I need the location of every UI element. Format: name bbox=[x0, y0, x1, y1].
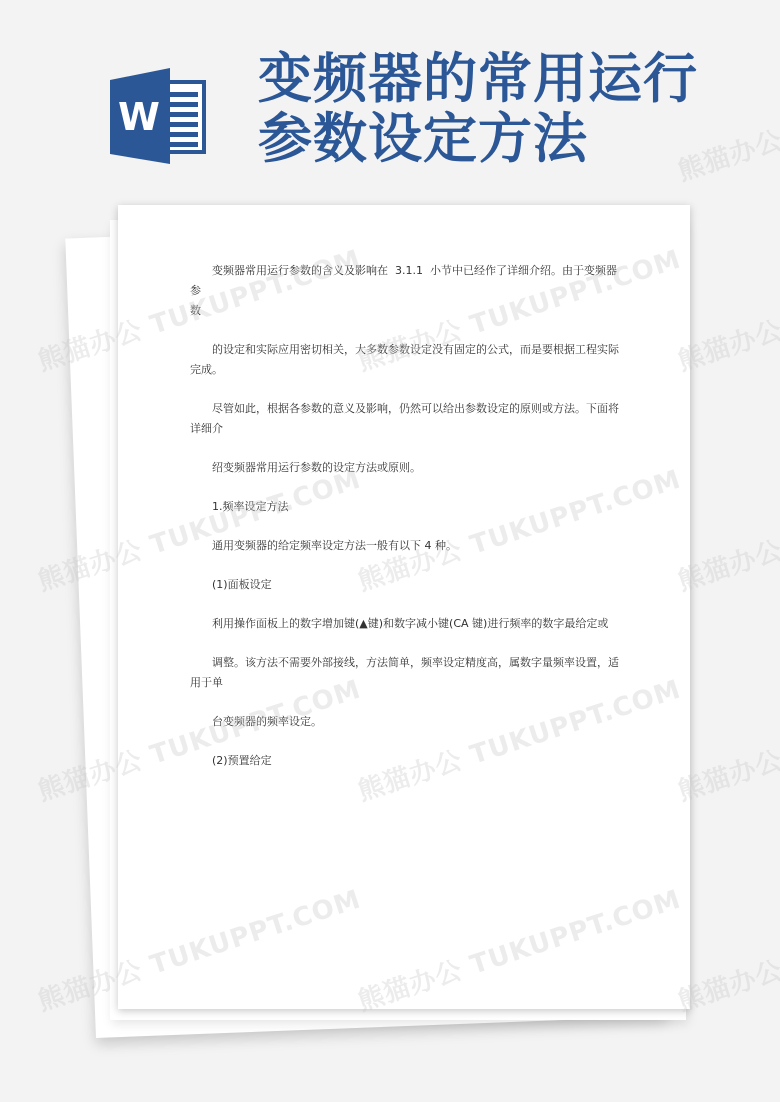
paragraph: 利用操作面板上的数字增加键(▲键)和数字减小键(CA 键)进行频率的数字最给定或 bbox=[190, 614, 620, 634]
subsection-heading: (1)面板设定 bbox=[190, 575, 620, 595]
paragraph-continuation: 数 bbox=[190, 301, 620, 321]
title-line-2: 参数设定方法 bbox=[258, 108, 698, 168]
paragraph-continuation: 详细介 bbox=[190, 419, 620, 439]
title-line-1: 变频器的常用运行 bbox=[258, 48, 698, 108]
paragraph: 变频器常用运行参数的含义及影响在 3.1.1 小节中已经作了详细介绍。由于变频器… bbox=[190, 261, 620, 301]
page-title: 变频器的常用运行 参数设定方法 bbox=[258, 48, 698, 168]
subsection-heading: (2)预置给定 bbox=[190, 751, 620, 771]
document-body: 变频器常用运行参数的含义及影响在 3.1.1 小节中已经作了详细介绍。由于变频器… bbox=[190, 261, 620, 790]
paragraph: 绍变频器常用运行参数的设定方法或原则。 bbox=[190, 458, 620, 478]
paragraph: 台变频器的频率设定。 bbox=[190, 712, 620, 732]
document-page: 变频器常用运行参数的含义及影响在 3.1.1 小节中已经作了详细介绍。由于变频器… bbox=[118, 205, 690, 1009]
svg-text:W: W bbox=[118, 95, 160, 139]
paragraph: 通用变频器的给定频率设定方法一般有以下 4 种。 bbox=[190, 536, 620, 556]
paragraph: 调整。该方法不需要外部接线，方法简单，频率设定精度高，属数字量频率设置，适 bbox=[190, 653, 620, 673]
header: W 变频器的常用运行 参数设定方法 bbox=[0, 0, 780, 190]
section-heading: 1.频率设定方法 bbox=[190, 497, 620, 517]
paragraph: 的设定和实际应用密切相关，大多数参数设定没有固定的公式，而是要根据工程实际 bbox=[190, 340, 620, 360]
paragraph-continuation: 完成。 bbox=[190, 360, 620, 380]
paragraph-continuation: 用于单 bbox=[190, 673, 620, 693]
paragraph: 尽管如此，根据各参数的意义及影响，仍然可以给出参数设定的原则或方法。下面将 bbox=[190, 399, 620, 419]
word-document-icon: W bbox=[108, 68, 208, 164]
